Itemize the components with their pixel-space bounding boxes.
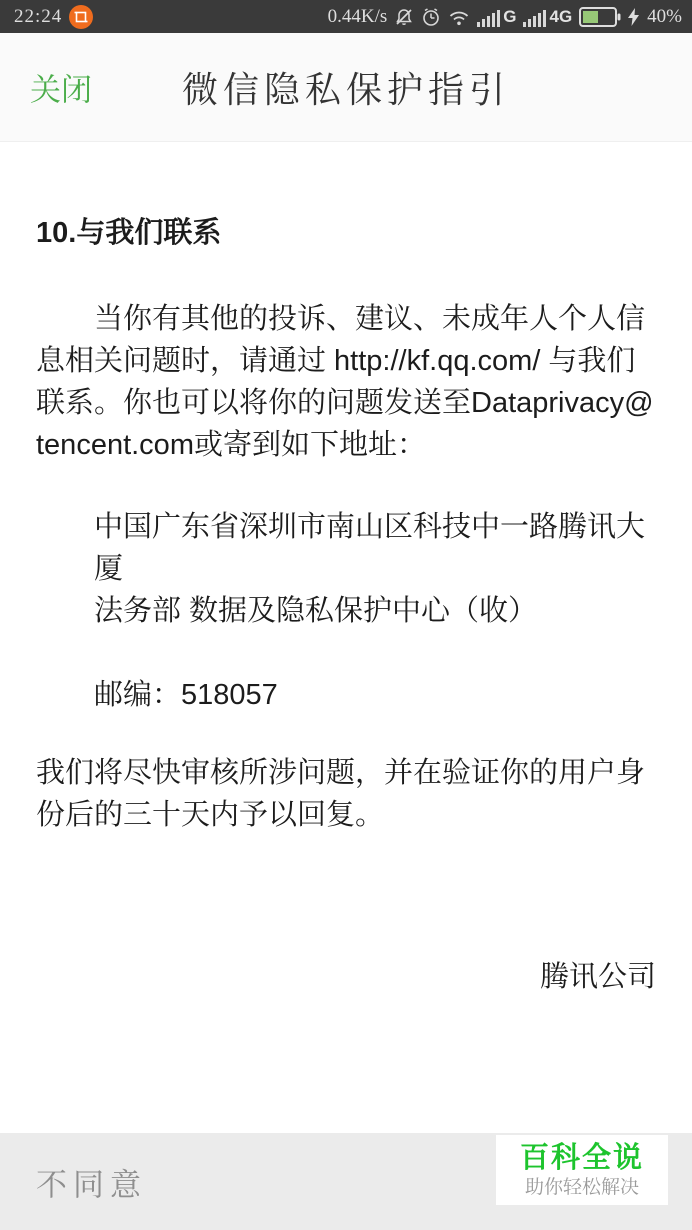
disagree-button[interactable]: 不同意 xyxy=(36,1159,147,1204)
wifi-icon xyxy=(448,8,470,26)
status-bar-left: 22:24 xyxy=(14,5,93,29)
status-bar: 22:24 0.44K/s xyxy=(0,0,692,33)
phone-screen: 22:24 0.44K/s xyxy=(0,0,692,1230)
battery-percent: 40% xyxy=(647,6,682,28)
page-title: 微信隐私保护指引 xyxy=(182,62,510,113)
address-block: 中国广东省深圳市南山区科技中一路腾讯大厦 法务部 数据及隐私保护中心（收） xyxy=(94,506,656,632)
section-heading: 10.与我们联系 xyxy=(36,212,656,254)
close-button[interactable]: 关闭 xyxy=(30,65,92,110)
document-body: 10.与我们联系 当你有其他的投诉、建议、未成年人个人信息相关问题时，请通过 h… xyxy=(0,142,692,1133)
signal-sim2-icon: 4G xyxy=(523,7,572,27)
watermark-subtitle: 助你轻松解决 xyxy=(496,1175,668,1200)
bottom-action-bar: 不同意 百科全说 助你轻松解决 xyxy=(0,1133,692,1230)
clock-time: 22:24 xyxy=(14,6,62,28)
status-bar-right: 0.44K/s xyxy=(328,6,682,28)
address-line-1: 中国广东省深圳市南山区科技中一路腾讯大厦 xyxy=(94,506,656,590)
screenshot-notification-icon xyxy=(69,5,93,29)
watermark-badge: 百科全说 助你轻松解决 xyxy=(496,1135,668,1205)
watermark-title: 百科全说 xyxy=(496,1141,668,1175)
network-speed: 0.44K/s xyxy=(328,6,388,28)
battery-icon xyxy=(579,6,621,28)
paragraph-contact: 当你有其他的投诉、建议、未成年人个人信息相关问题时，请通过 http://kf.… xyxy=(36,298,656,466)
sim2-network-type: 4G xyxy=(549,7,572,27)
titlebar: 关闭 微信隐私保护指引 xyxy=(0,33,692,142)
alarm-clock-icon xyxy=(421,7,441,27)
paragraph-reply: 我们将尽快审核所涉问题，并在验证你的用户身份后的三十天内予以回复。 xyxy=(36,752,656,836)
postal-code: 邮编：518057 xyxy=(94,674,656,716)
signal-sim1-icon: G xyxy=(477,7,516,27)
lightning-bolt-icon xyxy=(628,8,640,26)
sim1-network-type: G xyxy=(503,7,516,27)
mute-bell-icon xyxy=(394,7,414,27)
address-line-2: 法务部 数据及隐私保护中心（收） xyxy=(94,590,656,632)
signature-company: 腾讯公司 xyxy=(36,956,656,998)
